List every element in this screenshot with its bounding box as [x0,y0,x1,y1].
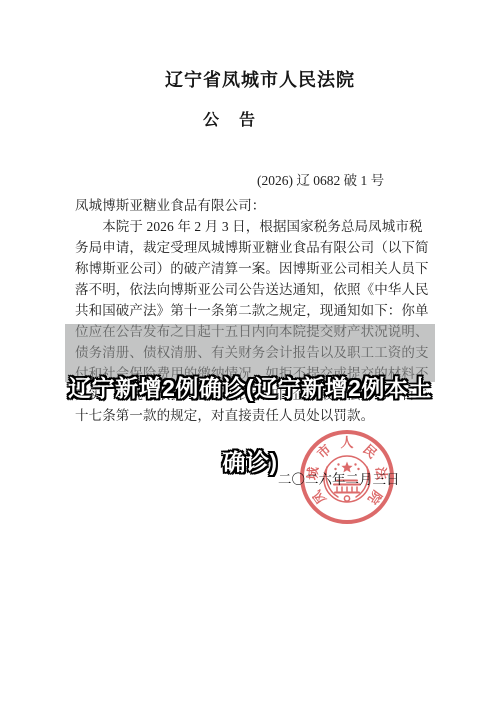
case-number: (2026) 辽 0682 破 1 号 [257,169,384,189]
court-announcement-page: 辽宁省凤城市人民法院 公 告 (2026) 辽 0682 破 1 号 凤城博斯亚… [0,0,500,706]
body-text-line: 称博斯亚公司）的破产清算一案。因博斯亚公司相关人员下 [75,258,435,279]
body-text-line: 共和国破产法》第十一条第二款之规定，现通知如下：你单 [75,300,435,321]
watermark-title-line1: 辽宁新增2例确诊(辽宁新增2例本土 [0,376,500,401]
body-text-line: 落不明，依法向博斯亚公司公告送达通知，依照《中华人民 [75,279,435,300]
body-text-line: 凤城博斯亚糖业食品有限公司： [75,195,435,216]
body-text-line: 务局申请，裁定受理凤城博斯亚糖业食品有限公司（以下简 [75,237,435,258]
court-name-heading: 辽宁省凤城市人民法院 [0,66,500,92]
body-text-line: 本院于 2026 年 2 月 3 日，根据国家税务总局凤城市税 [75,216,435,237]
announcement-title: 公 告 [0,107,500,130]
watermark-title-line2: 确诊) [0,450,500,475]
watermark-title: 辽宁新增2例确诊(辽宁新增2例本土 确诊) [0,327,500,523]
